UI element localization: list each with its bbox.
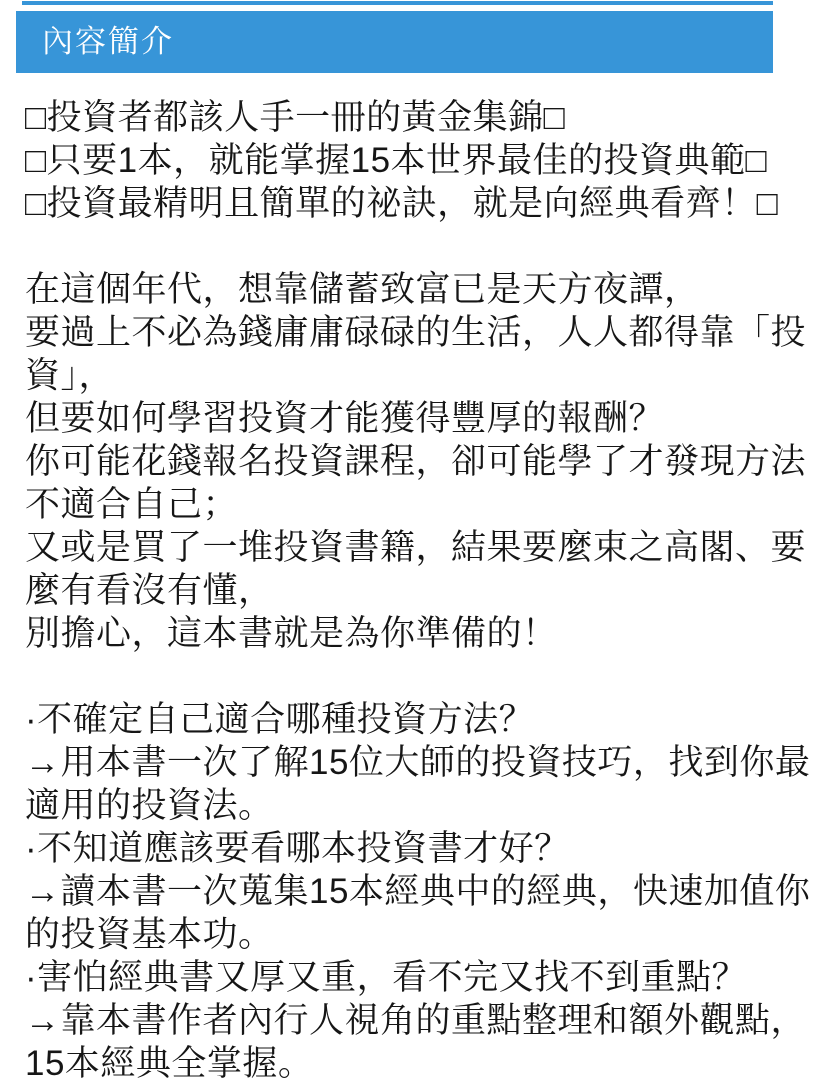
intro-line: 在這個年代，想靠儲蓄致富已是天方夜譚，	[25, 268, 812, 311]
qa-question-line: ·不知道應該要看哪本投資書才好？	[25, 827, 812, 870]
cropped-previous-bar	[22, 1, 773, 5]
section-title: 內容簡介	[42, 11, 174, 73]
book-description-page: 內容簡介 □投資者都該人手一冊的黃金集錦□ □只要1本，就能掌握15本世界最佳的…	[0, 0, 836, 1080]
highlight-line: □投資者都該人手一冊的黃金集錦□	[25, 96, 812, 139]
qa-answer-line: →用本書一次了解15位大師的投資技巧，找到你最適用的投資法。	[25, 741, 812, 827]
qa-question-line: ·害怕經典書又厚又重，看不完又找不到重點？	[25, 956, 812, 999]
intro-line: 要過上不必為錢庸庸碌碌的生活，人人都得靠「投資」，	[25, 311, 812, 397]
intro-line: 別擔心，這本書就是為你準備的！	[25, 612, 812, 655]
intro-line: 但要如何學習投資才能獲得豐厚的報酬？	[25, 397, 812, 440]
intro-line: 你可能花錢報名投資課程，卻可能學了才發現方法不適合自己；	[25, 440, 812, 526]
qa-question-line: ·不確定自己適合哪種投資方法？	[25, 698, 812, 741]
qa-answer-line: →靠本書作者內行人視角的重點整理和額外觀點，15本經典全掌握。	[25, 999, 812, 1080]
highlights-paragraph: □投資者都該人手一冊的黃金集錦□ □只要1本，就能掌握15本世界最佳的投資典範□…	[25, 96, 812, 225]
description-content: □投資者都該人手一冊的黃金集錦□ □只要1本，就能掌握15本世界最佳的投資典範□…	[25, 73, 812, 1080]
qa-answer-line: →讀本書一次蒐集15本經典中的經典，快速加值你的投資基本功。	[25, 870, 812, 956]
section-header-bar: 內容簡介	[16, 11, 773, 73]
highlight-line: □投資最精明且簡單的祕訣，就是向經典看齊！□	[25, 182, 812, 225]
qa-paragraph: ·不確定自己適合哪種投資方法？ →用本書一次了解15位大師的投資技巧，找到你最適…	[25, 698, 812, 1080]
intro-paragraph: 在這個年代，想靠儲蓄致富已是天方夜譚， 要過上不必為錢庸庸碌碌的生活，人人都得靠…	[25, 268, 812, 655]
intro-line: 又或是買了一堆投資書籍，結果要麼束之高閣、要麼有看沒有懂，	[25, 526, 812, 612]
highlight-line: □只要1本，就能掌握15本世界最佳的投資典範□	[25, 139, 812, 182]
